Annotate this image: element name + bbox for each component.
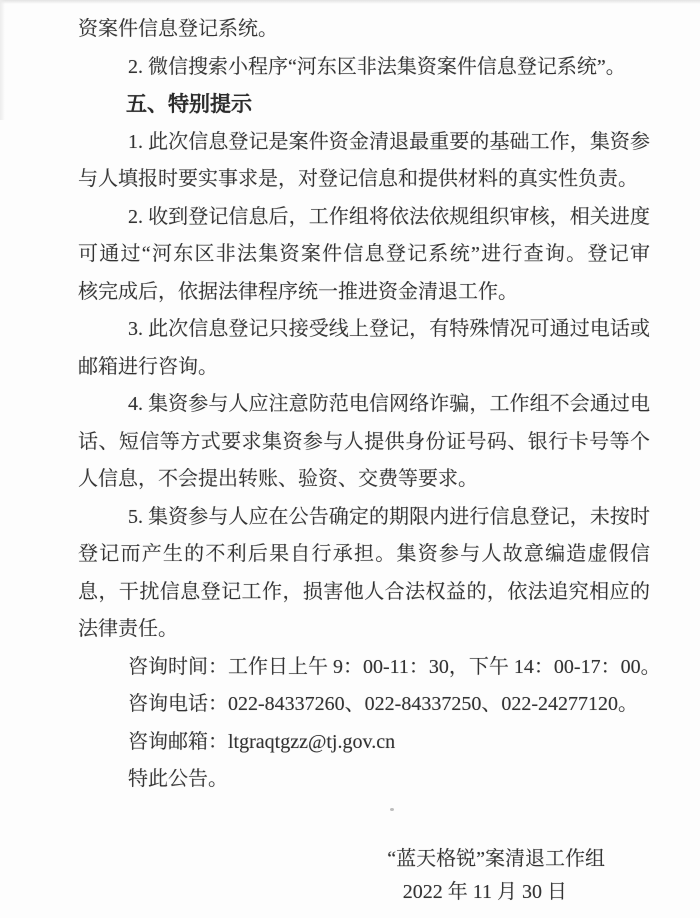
text-line: 核完成后，依据法律程序统一推进资金清退工作。 xyxy=(78,274,650,312)
text-line: 4. 集资参与人应注意防范电信网络诈骗，工作组不会通过电 xyxy=(78,386,650,424)
text-line: 5. 集资参与人应在公告确定的期限内进行信息登记，未按时 xyxy=(78,499,650,537)
text-line: 2. 微信搜索小程序“河东区非法集资案件信息登记系统”。 xyxy=(78,49,650,87)
text-line: 人信息，不会提出转账、验资、交费等要求。 xyxy=(78,461,650,499)
consult-phone-line: 咨询电话：022-84337260、022-84337250、022-24277… xyxy=(78,686,650,724)
signature-date: 2022 年 11 月 30 日 xyxy=(403,879,567,905)
text-line: 息，干扰信息登记工作，损害他人合法权益的，依法追究相应的 xyxy=(78,574,650,612)
consult-time-line: 咨询时间：工作日上午 9：00-11：30，下午 14：00-17：00。 xyxy=(78,649,650,687)
text-line: 邮箱进行咨询。 xyxy=(78,349,650,387)
text-line: 2. 收到登记信息后，工作组将依法依规组织审核，相关进度 xyxy=(78,199,650,237)
text-line: 话、短信等方式要求集资参与人提供身份证号码、银行卡号等个 xyxy=(78,424,650,462)
text-line: 3. 此次信息登记只接受线上登记，有特殊情况可通过电话或 xyxy=(78,311,650,349)
scan-speck-artifact xyxy=(390,808,394,811)
scan-edge-artifact-left xyxy=(0,0,5,120)
document-page: 资案件信息登记系统。 2. 微信搜索小程序“河东区非法集资案件信息登记系统”。 … xyxy=(0,0,700,918)
text-line: 与人填报时要实事求是，对登记信息和提供材料的真实性负责。 xyxy=(78,161,650,199)
section-heading: 五、特别提示 xyxy=(78,86,650,124)
text-line: 法律责任。 xyxy=(78,611,650,649)
notice-body: 资案件信息登记系统。 2. 微信搜索小程序“河东区非法集资案件信息登记系统”。 … xyxy=(78,11,650,799)
scan-edge-artifact-top xyxy=(0,0,700,4)
text-line: 资案件信息登记系统。 xyxy=(78,11,650,49)
consult-email-line: 咨询邮箱：ltgraqtgzz@tj.gov.cn xyxy=(78,724,650,762)
signature: “蓝天格锐”案清退工作组 xyxy=(387,846,605,872)
text-line: 可通过“河东区非法集资案件信息登记系统”进行查询。登记审 xyxy=(78,236,650,274)
text-line: 登记而产生的不利后果自行承担。集资参与人故意编造虚假信 xyxy=(78,536,650,574)
closing-line: 特此公告。 xyxy=(78,761,650,799)
text-line: 1. 此次信息登记是案件资金清退最重要的基础工作，集资参 xyxy=(78,124,650,162)
